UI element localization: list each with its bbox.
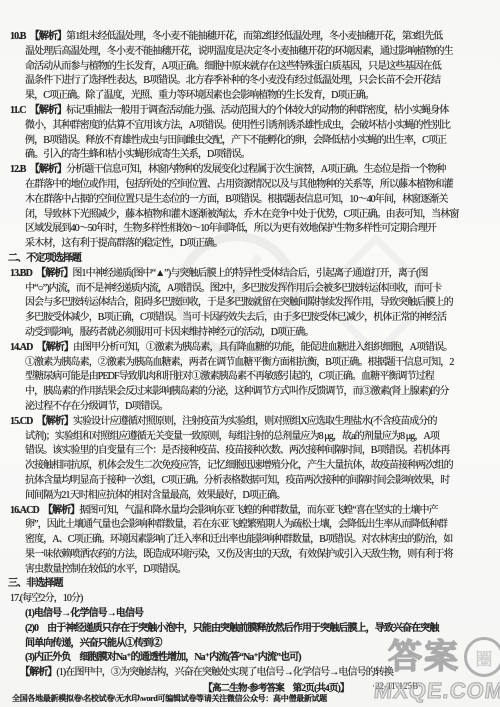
text-line: 温处理后高温处理，冬小麦不能抽穗开花，说明温度是决定冬小麦抽穗开花的环境因素，通… [0,45,500,60]
text-line: 因会与多巴胺转运体结合，阻碍多巴胺回收，于是多巴胺就留在突触间隙持续发挥作用，导… [0,296,500,311]
text-line: 例，B项错误。释放不育雄性成虫与田间雌虫交配，产下不能孵化的卵，会降低桔小实蝇的… [0,134,500,149]
text-line: 三、非选择题 [0,577,500,592]
text-line: 试剂)；实验组和对照组应遵循无关变量一致原则，每组注射的总剂量应为8 μg，故a… [0,430,500,445]
text-line: 害虫数量控制在较低的水平，D项错误。 [0,563,500,578]
text-line: 卵”，因此土壤通气量也会影响种群数量，若在东亚飞蝗繁殖期人为疏松土壤，会降低出生… [0,518,500,533]
text-line: 间单向传递，兴奋只能从①传到② [0,637,500,652]
text-line: 【解析】(1)在图甲中，③为突触结构，兴奋在突触处实现了电信号→化学信号→电信号… [0,666,500,681]
text-line: 果，C项正确。除了温度，光照、重力等环境因素也会影响植物的生长发育，D项正确。 [0,89,500,104]
answer-sheet-page: 10.B 【解析】第1组未经低温处理，冬小麦不能抽穗开花，而第2组经低温处理，冬… [0,0,500,707]
text-line: 微小，其种群密度的估算不宜用该方法，A项错误。使用性引诱剂诱杀雄性成虫，会破坏桔… [0,119,500,134]
text-line: 泌过程不存在分级调节，D项错误。 [0,400,500,415]
text-line: 错误。该实验里的自变量有三个：是否接种疫苗、疫苗接种次数、两次接种间隔时间，B项… [0,444,500,459]
text-line: 次接触相同抗原，机体会发生二次免疫应答，记忆细胞迅速增殖分化，产生大量抗体，故疫… [0,459,500,474]
footer-page-label: 【高二生物·参考答案 第2页(共4页)】 [26,680,500,694]
text-line: 果一味依赖喷洒农药的方法，既造成环境污染，又伤及害虫的天敌，有效保护或引入天敌生… [0,548,500,563]
text-line: 多巴胺受体减少，B项正确，C项错误。当可卡因药效失去后，由于多巴胺受体已减少，机… [0,311,500,326]
text-line: 16.ACD 【解析】据图可知，气温和降水量均会影响东亚飞蝗的种群数量，而东亚飞… [0,504,500,519]
text-line: 15.CD 【解析】实验设计应遵循对照原则，注射疫苗为实验组，则对照组X应选取生… [0,415,500,430]
text-line: (2)0 由于神经递质只存在于突触小泡中，只能由突触前膜释放然后作用于突触后膜上… [0,622,500,637]
text-line: 在群落中的地位或作用，包括所处的空间位置、占用资源情况以及与其他物种的关系等，所… [0,178,500,193]
text-line: 二、不定项选择题 [0,252,500,267]
text-line: 区域发展到40～50年时，生物多样性相较0～10年间降低，所以为更有效地保护生物… [0,222,500,237]
bottom-notice: 全国各地最新模拟卷\名校试卷\无水印\word可编辑试卷等请关注微信公众号：高中… [12,693,327,704]
text-line: 11.C 【解析】标记重捕法一般用于调查活动能力强、活动范围大的个体较大的动物的… [0,104,500,119]
answer-lines: 10.B 【解析】第1组未经低温处理，冬小麦不能抽穗开花，而第2组经低温处理，冬… [0,30,500,681]
page-footer: 【高二生物·参考答案 第2页(共4页)】 ·22-11-125B· [0,680,500,694]
text-line: 14.AD 【解析】由图甲分析可知，①激素为胰岛素，具有降血糖的功能，能促进血糖… [0,341,500,356]
text-line: 中，胰岛素的作用结果会反过来影响胰岛素的分泌，这种调节方式叫作反馈调节，而③激素… [0,385,500,400]
text-line: ①激素为胰岛素，②激素为胰高血糖素，两者在调节血糖平衡方面相抗衡，B项正确。根据… [0,356,500,371]
paper-code: ·22-11-125B· [372,681,421,691]
text-line: 间间隔为21天时相应抗体的相对含量最高，效果最好，D项正确。 [0,489,500,504]
text-line: 17.(每空2分，10分) [0,592,500,607]
text-line: 12.B 【解析】分析题干信息可知，林窗内物种的发展变化过程属于次生演替，A项正… [0,163,500,178]
text-line: 采木材，这有利于提高群落的稳定性，D项正确。 [0,237,500,252]
text-line: 密度，A、C项正确。环境因素影响了迁入率和迁出率也能影响种群数量，B项错误。对农… [0,533,500,548]
text-line: (1)电信号→化学信号→电信号 [0,607,500,622]
text-line: 抗体含量均明显高于接种一次组，C项正确。分析表格数据可知，疫苗两次接种的间隔时间… [0,474,500,489]
text-line: 确。引入的寄生蜂和桔小实蝇形成寄生关系，D项错误。 [0,148,500,163]
text-line: 闭，导致林下光照减少，藤本植物和灌木逐渐被淘汰，乔木在竞争中处于优势，C项正确。… [0,208,500,223]
text-line: 中“○”)内流，而不是神经递质内流，A项错误。图2中，多巴胺发挥作用后会被多巴胺… [0,282,500,297]
text-line: (3)内正外负 细胞膜对Na⁺的通透性增加，Na⁺内流(答“Na⁺内流”也可) [0,651,500,666]
text-line: 命活动从而参与植物的生长发育，A项正确。细胞中原来就存在这些特殊蛋白质基因，只是… [0,60,500,75]
text-line: 木在群落中占据的空间位置只是生态位的一方面，B项错误。根据题表信息可知，10～4… [0,193,500,208]
text-line: 温条件下进行了选择性表达，B项错误。北方春季补种的冬小麦没有经过低温处理，只会长… [0,74,500,89]
text-line: 型糖尿病可能是由PEDF导致肌肉和肝脏对①激素胰岛素不再敏感引起的，C项正确。血… [0,370,500,385]
text-line: 13.BD 【解析】图1中神经递质(图中“▲”)与突触后膜上的特异性受体结合后，… [0,267,500,282]
text-line: 动受到影响，服药者就必须服用可卡因来维持神经元的活动，D项正确。 [0,326,500,341]
text-line: 10.B 【解析】第1组未经低温处理，冬小麦不能抽穗开花，而第2组经低温处理，冬… [0,30,500,45]
